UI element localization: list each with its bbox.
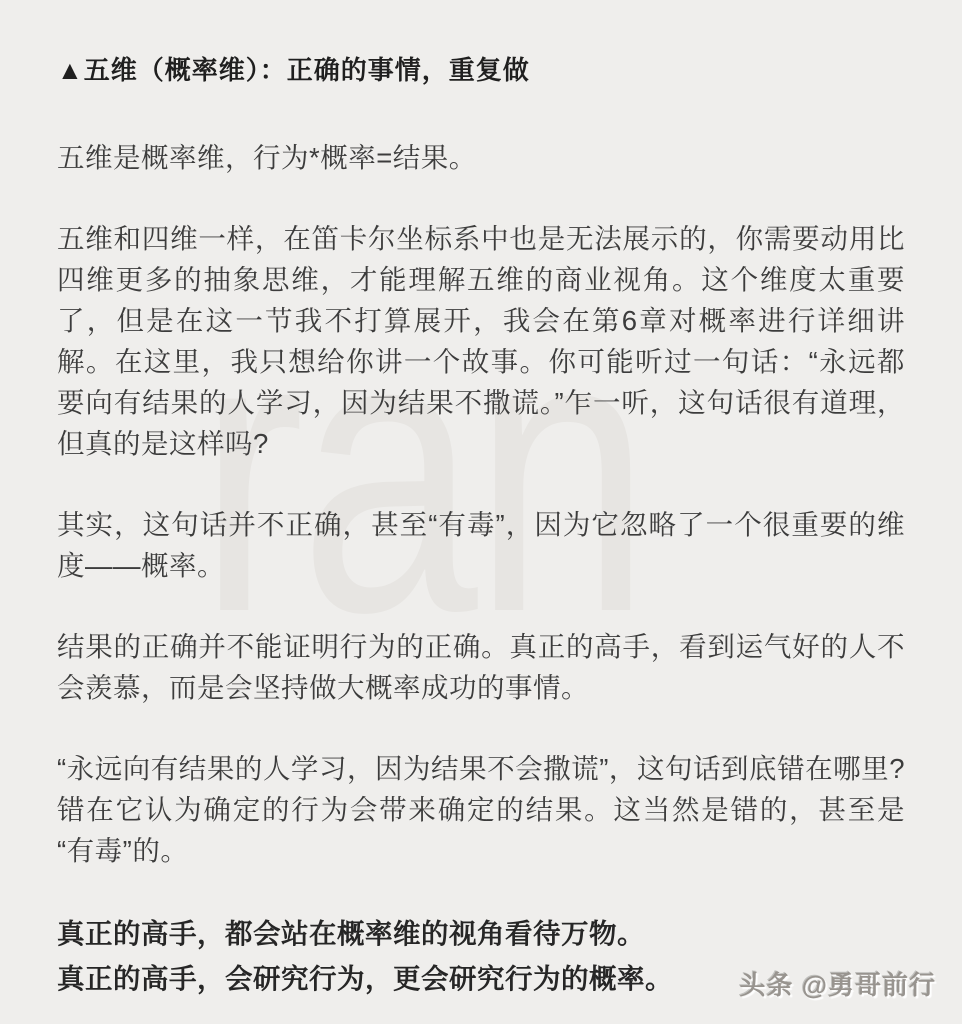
paragraph-4: 结果的正确并不能证明行为的正确。真正的高手，看到运气好的人不会羡慕，而是会坚持做… [57, 626, 905, 708]
paragraph-5: “永远向有结果的人学习，因为结果不会撒谎”，这句话到底错在哪里? 错在它认为确定… [57, 748, 905, 871]
paragraph-3: 其实，这句话并不正确，甚至“有毒”，因为它忽略了一个很重要的维度——概率。 [57, 504, 905, 586]
paragraph-2: 五维和四维一样，在笛卡尔坐标系中也是无法展示的，你需要动用比四维更多的抽象思维，… [57, 218, 905, 464]
emphasis-line-1: 真正的高手，都会站在概率维的视角看待万物。 [57, 911, 905, 956]
article-content: ▲五维（概率维）：正确的事情，重复做 五维是概率维，行为*概率=结果。 五维和四… [0, 0, 962, 1001]
section-title: ▲五维（概率维）：正确的事情，重复做 [57, 49, 905, 91]
toutiao-watermark: 头条 @勇哥前行 [739, 965, 936, 1002]
article-page: ran ▲五维（概率维）：正确的事情，重复做 五维是概率维，行为*概率=结果。 … [0, 0, 962, 1024]
paragraph-1: 五维是概率维，行为*概率=结果。 [57, 137, 905, 178]
